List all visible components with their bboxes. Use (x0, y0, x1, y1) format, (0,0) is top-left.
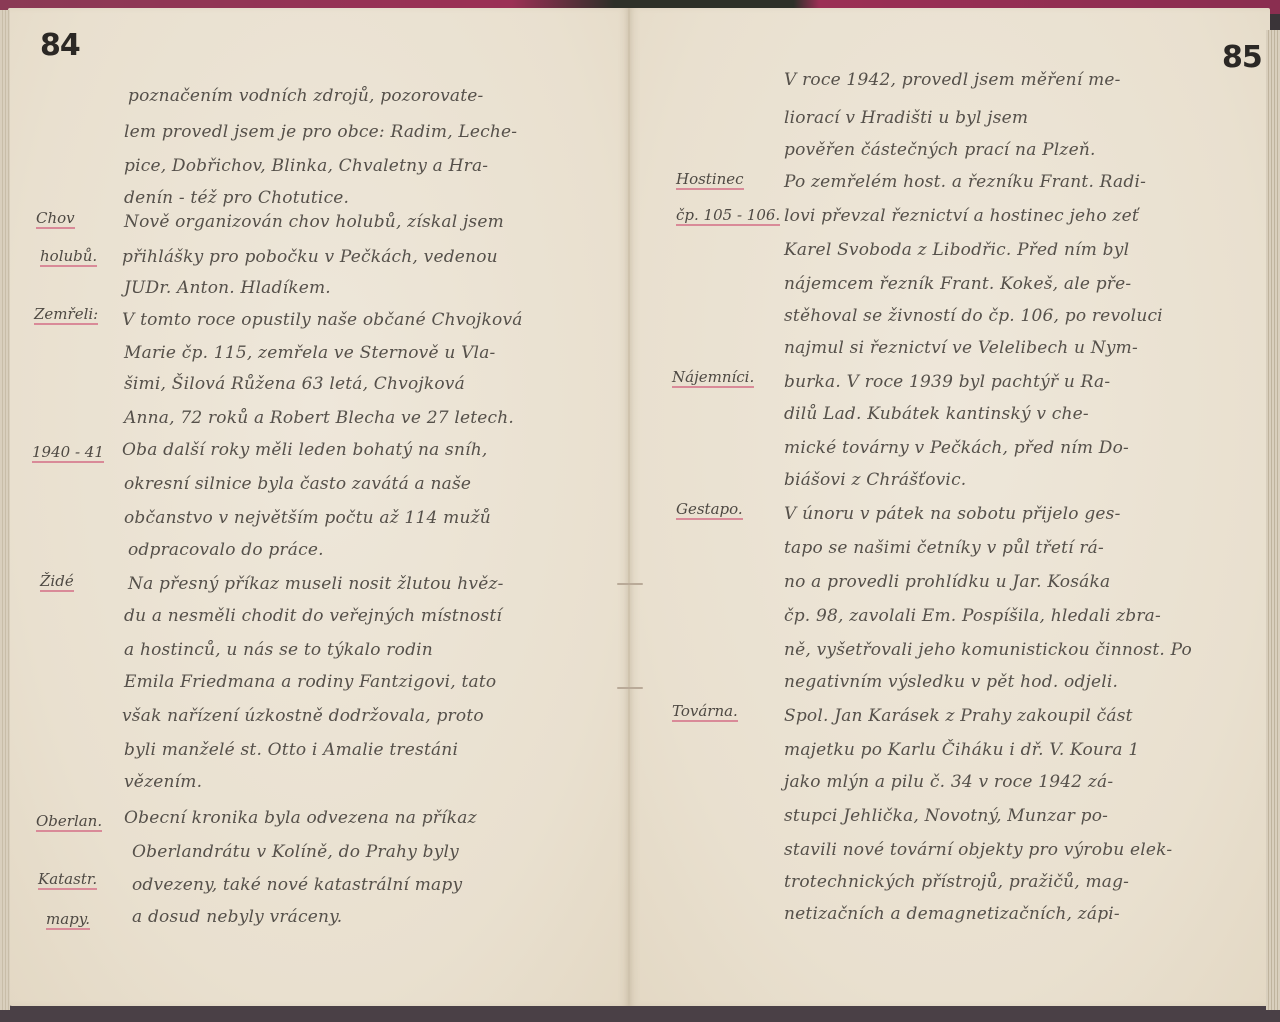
text-line: biášovi z Chrášťovic. (784, 470, 966, 490)
text-line: občanstvo v největším počtu až 114 mužů (124, 508, 491, 528)
text-line: pověřen částečných prací na Plzeň. (784, 140, 1096, 160)
text-line: liorací v Hradišti u byl jsem (784, 108, 1028, 128)
margin-note: Nájemníci. (672, 368, 754, 388)
text-line: Oberlandrátu v Kolíně, do Prahy byly (132, 842, 459, 862)
text-line: Karel Svoboda z Libodřic. Před ním byl (784, 240, 1129, 260)
text-line: stěhoval se živností do čp. 106, po revo… (784, 306, 1163, 326)
text-line: okresní silnice byla často zavátá a naše (124, 474, 471, 494)
text-line: trotechnických přístrojů, pražičů, mag- (784, 872, 1129, 892)
text-line: netizačních a demagnetizačních, zápi- (784, 904, 1120, 924)
page-stack-left-edge (0, 10, 10, 1010)
binding-stitch (617, 583, 643, 585)
text-line: Emila Friedmana a rodiny Fantzigovi, tat… (124, 672, 496, 692)
text-line: však nařízení úzkostně dodržovala, proto (122, 706, 484, 726)
text-line: Spol. Jan Karásek z Prahy zakoupil část (784, 706, 1133, 726)
text-line: šimi, Šilová Růžena 63 letá, Chvojková (124, 374, 465, 394)
text-line: lovi převzal řeznictví a hostinec jeho z… (784, 206, 1139, 226)
text-line: Marie čp. 115, zemřela ve Sternově u Vla… (124, 343, 495, 363)
text-line: čp. 98, zavolali Em. Pospíšila, hledali … (784, 606, 1161, 626)
text-line: V tomto roce opustily naše občané Chvojk… (122, 310, 523, 330)
page-number-left: 84 (40, 28, 80, 63)
binding-stitch (617, 687, 643, 689)
margin-note: Katastr. (38, 870, 97, 890)
text-line: denín - též pro Chotutice. (124, 188, 349, 208)
margin-note: 1940 - 41 (32, 443, 104, 463)
book-cover-bottom (0, 1004, 1280, 1022)
margin-note: Oberlan. (36, 812, 102, 832)
text-line: negativním výsledku v pět hod. odjeli. (784, 672, 1118, 692)
text-line: du a nesměli chodit do veřejných místnos… (124, 606, 502, 626)
text-line: přihlášky pro pobočku v Pečkách, vedenou (122, 247, 498, 267)
margin-note: čp. 105 - 106. (676, 206, 780, 226)
text-line: dilů Lad. Kubátek kantinský v che- (784, 404, 1089, 424)
text-line: JUDr. Anton. Hladíkem. (124, 278, 331, 298)
margin-note: Továrna. (672, 702, 738, 722)
text-line: vězením. (124, 772, 202, 792)
book-spine-gutter (628, 8, 630, 1006)
text-line: stavili nové tovární objekty pro výrobu … (784, 840, 1172, 860)
text-line: nájemcem řezník Frant. Kokeš, ale pře- (784, 274, 1131, 294)
page-number-right: 85 (1222, 40, 1262, 75)
text-line: a dosud nebyly vráceny. (132, 907, 342, 927)
text-line: Na přesný příkaz museli nosit žlutou hvě… (128, 574, 504, 594)
margin-note: Chov (36, 209, 75, 229)
page-stack-right-edge (1266, 30, 1280, 1010)
text-line: lem provedl jsem je pro obce: Radim, Lec… (124, 122, 517, 142)
text-line: Oba další roky měli leden bohatý na sníh… (122, 440, 488, 460)
text-line: Po zemřelém host. a řezníku Frant. Radi- (784, 172, 1146, 192)
text-line: majetku po Karlu Čiháku i dř. V. Koura 1 (784, 740, 1139, 760)
text-line: Nově organizován chov holubů, získal jse… (124, 212, 504, 232)
text-line: V roce 1942, provedl jsem měření me- (784, 70, 1121, 90)
text-line: stupci Jehlička, Novotný, Munzar po- (784, 806, 1108, 826)
text-line: najmul si řeznictví ve Velelibech u Nym- (784, 338, 1138, 358)
text-line: pice, Dobřichov, Blinka, Chvaletny a Hra… (124, 156, 488, 176)
margin-note: Zemřeli: (34, 305, 98, 325)
margin-note: Židé (40, 572, 74, 592)
text-line: tapo se našimi četníky v půl třetí rá- (784, 538, 1104, 558)
text-line: byli manželé st. Otto i Amalie trestáni (124, 740, 458, 760)
text-line: Anna, 72 roků a Robert Blecha ve 27 lete… (124, 408, 514, 428)
text-line: mické továrny v Pečkách, před ním Do- (784, 438, 1129, 458)
text-line: a hostinců, u nás se to týkalo rodin (124, 640, 433, 660)
text-line: jako mlýn a pilu č. 34 v roce 1942 zá- (784, 772, 1113, 792)
text-line: odvezeny, také nové katastrální mapy (132, 875, 462, 895)
text-line: odpracovalo do práce. (128, 540, 324, 560)
text-line: Obecní kronika byla odvezena na příkaz (124, 808, 477, 828)
text-line: poznačením vodních zdrojů, pozorovate- (128, 86, 484, 106)
text-line: ně, vyšetřovali jeho komunistickou činno… (784, 640, 1192, 660)
margin-note: mapy. (46, 910, 90, 930)
text-line: burka. V roce 1939 byl pachtýř u Ra- (784, 372, 1110, 392)
margin-note: Hostinec (676, 170, 744, 190)
margin-note: holubů. (40, 247, 97, 267)
text-line: no a provedli prohlídku u Jar. Kosáka (784, 572, 1110, 592)
margin-note: Gestapo. (676, 500, 743, 520)
text-line: V únoru v pátek na sobotu přijelo ges- (784, 504, 1121, 524)
